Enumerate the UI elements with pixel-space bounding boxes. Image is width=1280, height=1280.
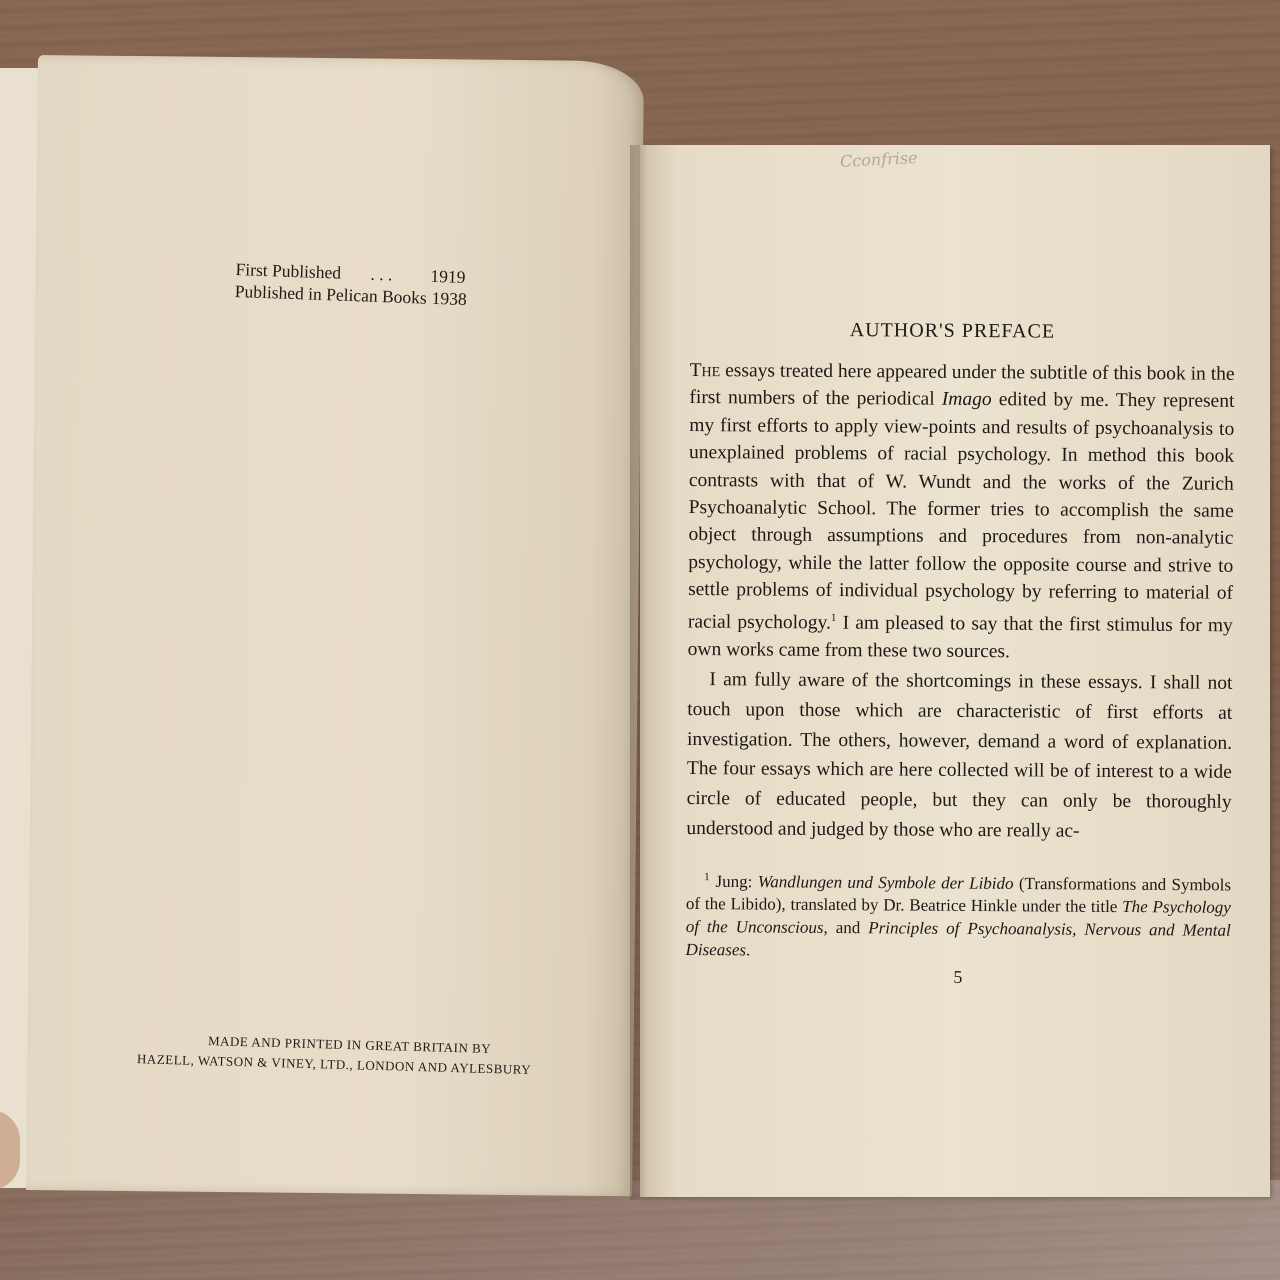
paragraph-lead-word: The bbox=[690, 360, 721, 381]
footnote-text: , and bbox=[823, 918, 868, 937]
author-preface: AUTHOR'S PREFACE The essays treated here… bbox=[685, 318, 1235, 990]
footnote-text: . bbox=[746, 941, 750, 960]
left-page bbox=[26, 55, 644, 1196]
page-number: 5 bbox=[685, 965, 1230, 990]
footnote-author: Jung: bbox=[716, 872, 753, 891]
footnote-title-german: Wandlungen und Symbole der Libido bbox=[758, 872, 1014, 893]
pelican-published-year: 1938 bbox=[431, 288, 467, 309]
paragraph-text: edited by me. They represent my first ef… bbox=[688, 390, 1235, 634]
pencil-annotation: Cconfrise bbox=[840, 148, 918, 171]
book-gutter bbox=[630, 145, 648, 1200]
leader-dots: . . . bbox=[370, 263, 393, 286]
publication-history: First Published . . . 1919 Published in … bbox=[234, 258, 467, 310]
preface-paragraph-2: I am fully aware of the shortcomings in … bbox=[686, 665, 1232, 848]
preface-paragraph-1: The essays treated here appeared under t… bbox=[688, 357, 1235, 667]
preface-heading: AUTHOR'S PREFACE bbox=[690, 318, 1235, 345]
first-published-year: 1919 bbox=[430, 265, 466, 288]
footnote-marker: 1 bbox=[704, 871, 710, 883]
periodical-title: Imago bbox=[942, 389, 992, 410]
footnote: 1Jung: Wandlungen und Symbole der Libido… bbox=[686, 866, 1232, 965]
